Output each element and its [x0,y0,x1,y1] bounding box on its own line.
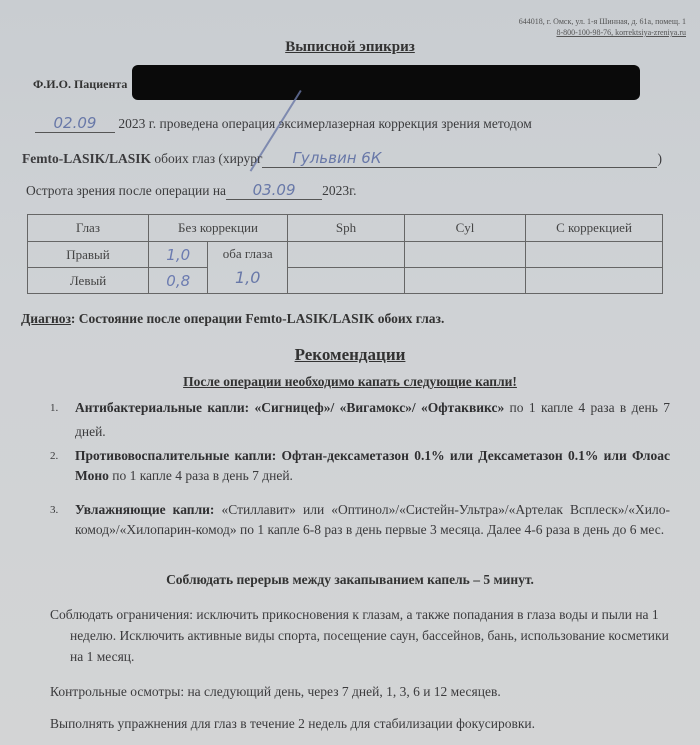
eye-right: Правый [28,242,149,268]
recommendation-item-1: 1. Антибактериальные капли: «Сигницеф»/ … [50,396,670,444]
item-text: по 1 капле 4 раза в день 7 дней. [109,468,293,483]
item-bold: Антибактериальные капли: «Сигницеф»/ «Ви… [75,400,504,415]
acuity-year: 2023г. [322,183,356,198]
left-uncorrected: 0,8 [149,268,208,294]
surgeon-handwritten: Гульвин 6К [262,149,657,168]
right-cyl [405,242,526,268]
recommendation-item-2: 2. Противовоспалительные капли: Офтан-де… [50,446,670,486]
table-row-right-eye: Правый 1,0 оба глаза 1,0 [28,242,663,268]
item-number: 2. [50,446,58,466]
visual-acuity-table: Глаз Без коррекции Sph Cyl С коррекцией … [27,214,663,294]
header-cyl: Cyl [405,215,526,242]
right-sph [288,242,405,268]
clinic-contacts: 8-800-100-98-76, korrektsiya-zreniya.ru [519,27,686,38]
header-sph: Sph [288,215,405,242]
operation-text: 2023 г. проведена операция эксимерлазерн… [118,116,531,131]
method-close-paren: ) [657,151,662,166]
document-title: Выписной эпикриз [0,39,700,56]
right-uncorrected: 1,0 [149,242,208,268]
method-text: обоих глаз (хирург [154,151,262,166]
diagnosis-label: Диагноз [21,311,71,326]
recommendations-title: Рекомендации [0,345,700,365]
table-row-left-eye: Левый 0,8 [28,268,663,294]
left-cyl [405,268,526,294]
method-name: Femto-LASIK/LASIK [22,151,151,166]
eye-left: Левый [28,268,149,294]
acuity-text: Острота зрения после операции на [26,183,226,198]
recommendations-subtitle: После операции необходимо капать следующ… [0,374,700,390]
table-header-row: Глаз Без коррекции Sph Cyl С коррекцией [28,215,663,242]
restrictions-paragraph: Соблюдать ограничения: исключить прикосн… [50,604,680,667]
checkups-paragraph: Контрольные осмотры: на следующий день, … [50,681,680,702]
header-uncorrected: Без коррекции [149,215,288,242]
acuity-date-handwritten: 03.09 [226,181,322,200]
item-bold: Увлажняющие капли: [75,502,214,517]
acuity-line: Острота зрения после операции на03.09202… [26,181,356,200]
both-eyes-value: 1,0 [212,268,283,287]
patient-name-label: Ф.И.О. Пациента [33,77,127,92]
right-corrected [526,242,663,268]
item-number: 3. [50,500,58,520]
diagnosis: Диагноз: Состояние после операции Femto-… [21,311,444,327]
header-eye: Глаз [28,215,149,242]
left-sph [288,268,405,294]
operation-date-handwritten: 02.09 [35,114,115,133]
exercises-paragraph: Выполнять упражнения для глаз в течение … [50,713,680,734]
clinic-address-block: 644018, г. Омск, ул. 1-я Шинная, д. 61а,… [519,16,686,38]
restrictions-text: Соблюдать ограничения: исключить прикосн… [50,604,680,667]
patient-name-redaction [132,65,640,100]
item-number: 1. [50,396,58,420]
left-corrected [526,268,663,294]
diagnosis-text: : Состояние после операции Femto-LASIK/L… [71,311,444,326]
clinic-address: 644018, г. Омск, ул. 1-я Шинная, д. 61а,… [519,16,686,27]
both-eyes-label: оба глаза [212,246,283,262]
method-line: Femto-LASIK/LASIK обоих глаз (хирургГуль… [22,149,662,168]
both-eyes-cell: оба глаза 1,0 [208,242,288,294]
operation-line: 02.09 2023 г. проведена операция эксимер… [35,114,532,133]
header-corrected: С коррекцией [526,215,663,242]
pause-note: Соблюдать перерыв между закапыванием кап… [0,572,700,588]
recommendation-item-3: 3. Увлажняющие капли: «Стиллавит» или «О… [50,500,670,540]
